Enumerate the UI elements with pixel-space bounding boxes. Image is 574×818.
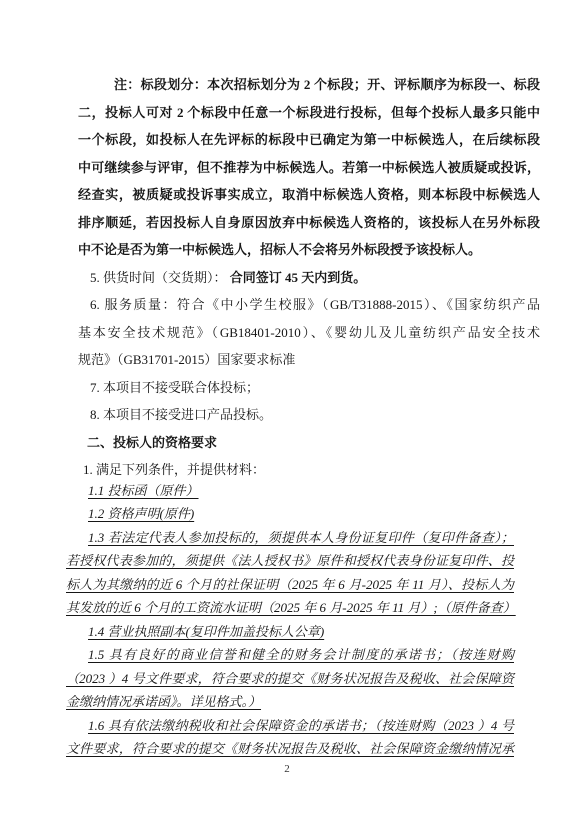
item-5-detail: 合同签订 45 天内到货。 xyxy=(230,270,367,285)
note-paragraph-line: 二，投标人可对 2 个标段中任意一个标段进行投标，但每个投标人最多只能中 xyxy=(78,99,540,127)
item-7-no-consortium: 7. 本项目不接受联合体投标； xyxy=(78,374,540,402)
qualification-line-1-3: 1.3 若法定代表人参加投标的，须提供本人身份证复印件（复印件备查）； xyxy=(66,526,514,550)
item-6-service-quality-line: 基本安全技术规范》（GB18401-2010）、《婴幼儿及儿童纺织产品安全技术 xyxy=(78,319,540,347)
qualification-line-1-1: 1.1 投标函（原件） xyxy=(66,479,514,503)
qualification-line-1-5: 1.5 具有良好的商业信誉和健全的财务会计制度的承诺书；（按连财购 xyxy=(66,643,514,667)
qualification-line-1-3: 其发放的近 6 个月的工资流水证明（2025 年 6 月-2025 年 11 月… xyxy=(66,596,514,620)
qualification-line-1-2: 1.2 资格声明(原件) xyxy=(66,502,514,526)
page-number: 2 xyxy=(0,762,574,776)
note-paragraph-line: 排序顺延，若因投标人自身原因放弃中标候选人资格的，该投标人在另外标段 xyxy=(78,209,540,237)
item-6-service-quality-line: 6. 服务质量：符合《中小学生校服》（GB/T31888-2015）、《国家纺织… xyxy=(78,291,540,319)
qualification-line-1-6: 文件要求，符合要求的提交《财务状况报告及税收、社会保障资金缴纳情况承 xyxy=(66,737,514,761)
qualification-requirements-list: 1.1 投标函（原件） 1.2 资格声明(原件) 1.3 若法定代表人参加投标的… xyxy=(0,479,574,761)
section-2-heading: 二、投标人的资格要求 xyxy=(78,429,540,457)
qualification-line-1-4: 1.4 营业执照副本(复印件加盖投标人公章) xyxy=(66,620,514,644)
note-paragraph-line: 中可继续参与评审，但不推荐为中标候选人。若第一中标候选人被质疑或投诉， xyxy=(78,154,540,182)
document-body-upper: 注：标段划分：本次招标划分为 2 个标段；开、评标顺序为标段一、标段 二，投标人… xyxy=(0,0,574,484)
note-paragraph-line: 中不论是否为第一中标候选人，招标人不会将另外标段授予该投标人。 xyxy=(78,236,540,264)
note-paragraph-line: 经查实，被质疑或投诉事实成立，取消中标候选人资格，则本标段中标候选人 xyxy=(78,181,540,209)
item-6-service-quality-line: 规范》（GB31701-2015）国家要求标准 xyxy=(78,346,540,374)
item-8-no-imported-products: 8. 本项目不接受进口产品投标。 xyxy=(78,401,540,429)
item-5-label: 5. 供货时间（交货期）： xyxy=(90,270,230,285)
note-paragraph-line: 注：标段划分：本次招标划分为 2 个标段；开、评标顺序为标段一、标段 xyxy=(78,71,540,99)
qualification-line-1-5: （2023 ）4 号文件要求，符合要求的提交《财务状况报告及税收、社会保障资 xyxy=(66,667,514,691)
qualification-line-1-3: 若授权代表参加的，须提供《法人授权书》原件和授权代表身份证复印件、投 xyxy=(66,549,514,573)
document-page: 注：标段划分：本次招标划分为 2 个标段；开、评标顺序为标段一、标段 二，投标人… xyxy=(0,0,574,818)
note-paragraph-line: 一个标段，如投标人在先评标的标段中已确定为第一中标候选人，在后续标段 xyxy=(78,126,540,154)
qualification-line-1-5: 金缴纳情况承诺函》。详见格式。） xyxy=(66,690,514,714)
qualification-line-1-3: 标人为其缴纳的近 6 个月的社保证明（2025 年 6 月-2025 年 11 … xyxy=(66,573,514,597)
qualification-line-1-6: 1.6 具有依法缴纳税收和社会保障资金的承诺书；（按连财购（2023 ）4 号 xyxy=(66,714,514,738)
item-5-delivery-time: 5. 供货时间（交货期）： 合同签订 45 天内到货。 xyxy=(78,264,540,292)
